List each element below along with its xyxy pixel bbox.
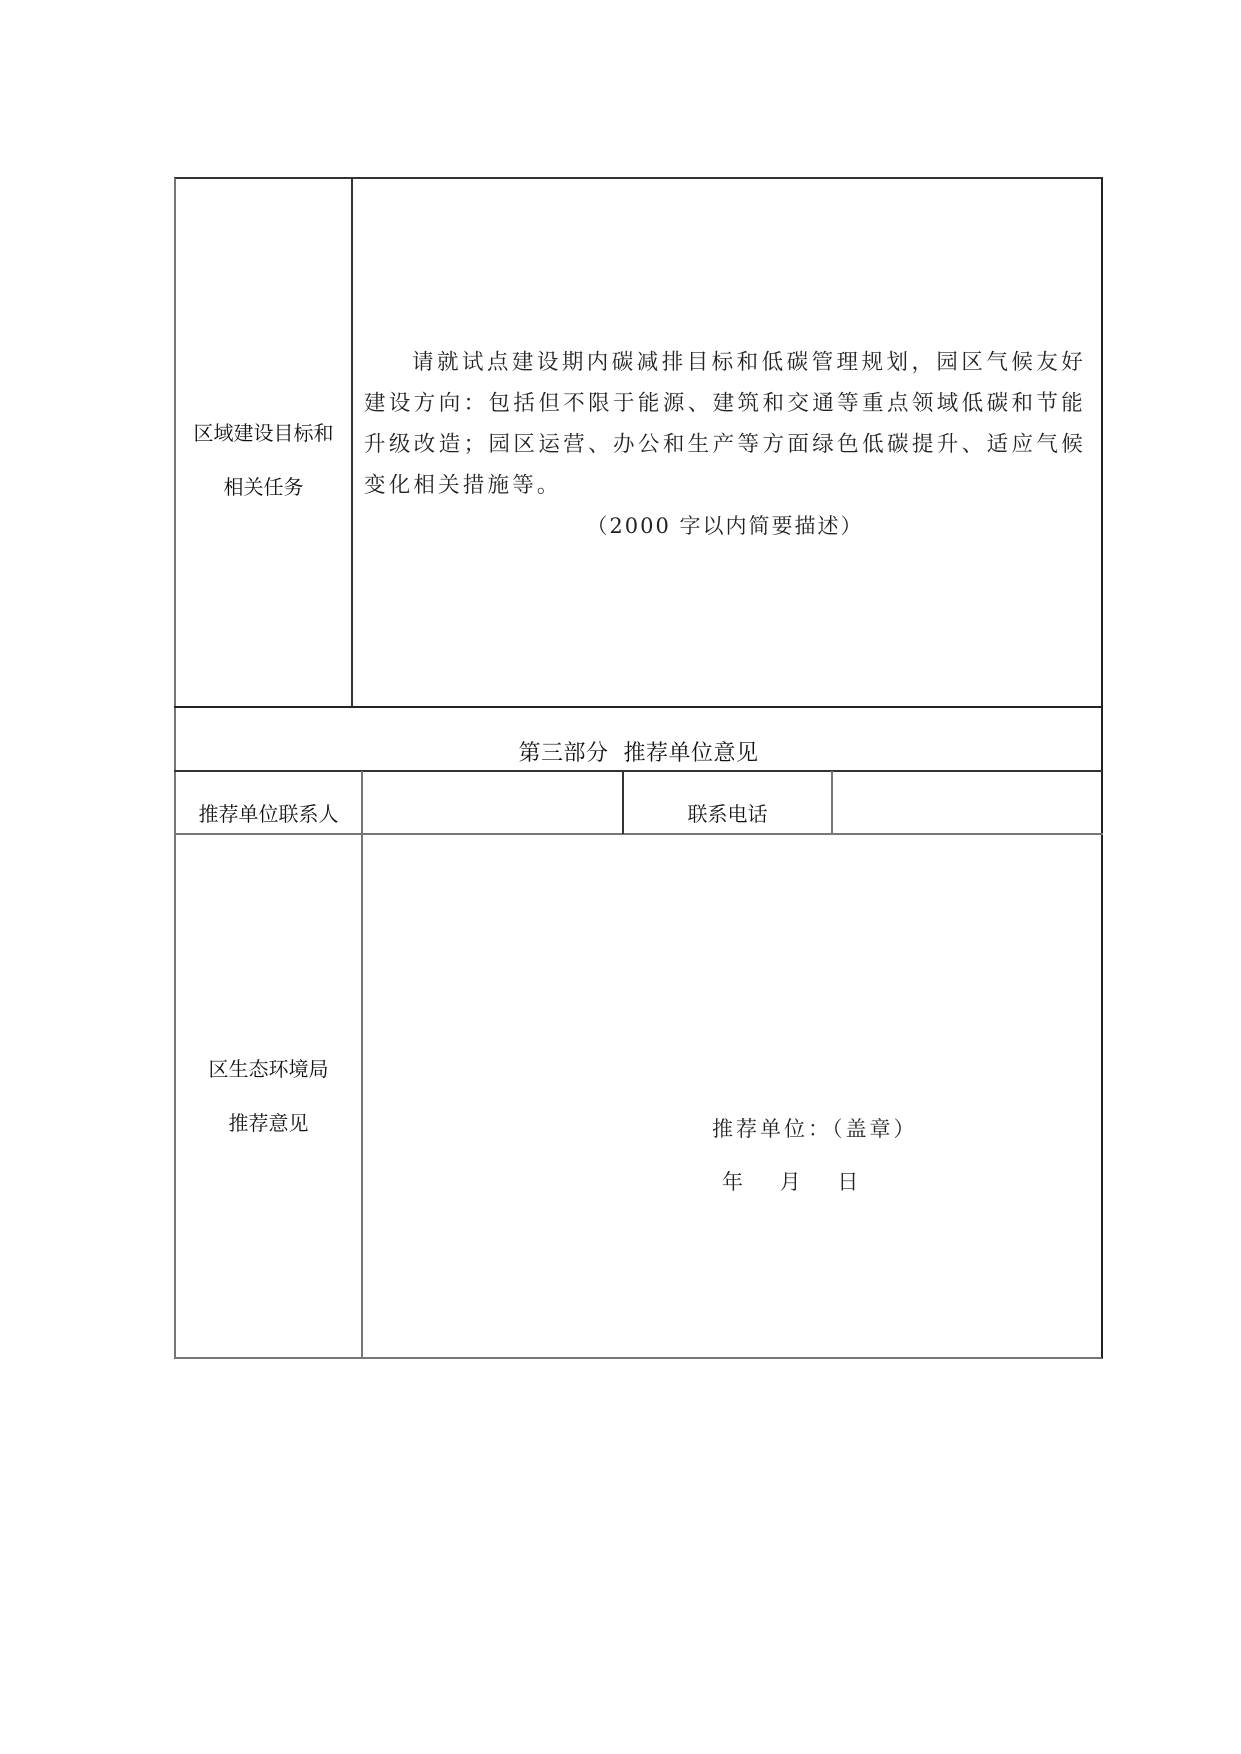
contact-label-cell: 推荐单位联系人 [176, 772, 361, 833]
phone-label: 联系电话 [688, 800, 768, 828]
document-page: 区域建设目标和 相关任务 请就试点建设期内碳减排目标和低碳管理规划，园区气候友好… [0, 0, 1241, 1754]
contact-value-field[interactable] [363, 772, 622, 833]
date-label: 年 月 日 [722, 1166, 860, 1196]
row1-label-line1: 区域建设目标和 [194, 406, 334, 460]
row1-word-limit-note: （2000 字以内简要描述） [364, 510, 1086, 540]
seal-label: 推荐单位：（盖章） [712, 1113, 918, 1143]
section3-title: 第三部分 推荐单位意见 [176, 708, 1101, 770]
opinion-label-cell: 区生态环境局 推荐意见 [176, 835, 361, 1357]
opinion-label-line1: 区生态环境局 [209, 1042, 329, 1096]
phone-value-field[interactable] [833, 772, 1101, 833]
opinion-value-field[interactable] [363, 835, 1101, 1357]
row1-instruction-text: 请就试点建设期内碳减排目标和低碳管理规划，园区气候友好建设方向：包括但不限于能源… [364, 342, 1086, 506]
contact-label: 推荐单位联系人 [199, 800, 339, 828]
section3-title-text: 第三部分 推荐单位意见 [519, 736, 759, 767]
phone-label-cell: 联系电话 [624, 772, 831, 833]
row1-label-line2: 相关任务 [224, 460, 304, 514]
opinion-label-line2: 推荐意见 [229, 1096, 309, 1150]
col-divider-row1 [351, 177, 353, 707]
row1-label-cell: 区域建设目标和 相关任务 [176, 179, 351, 706]
